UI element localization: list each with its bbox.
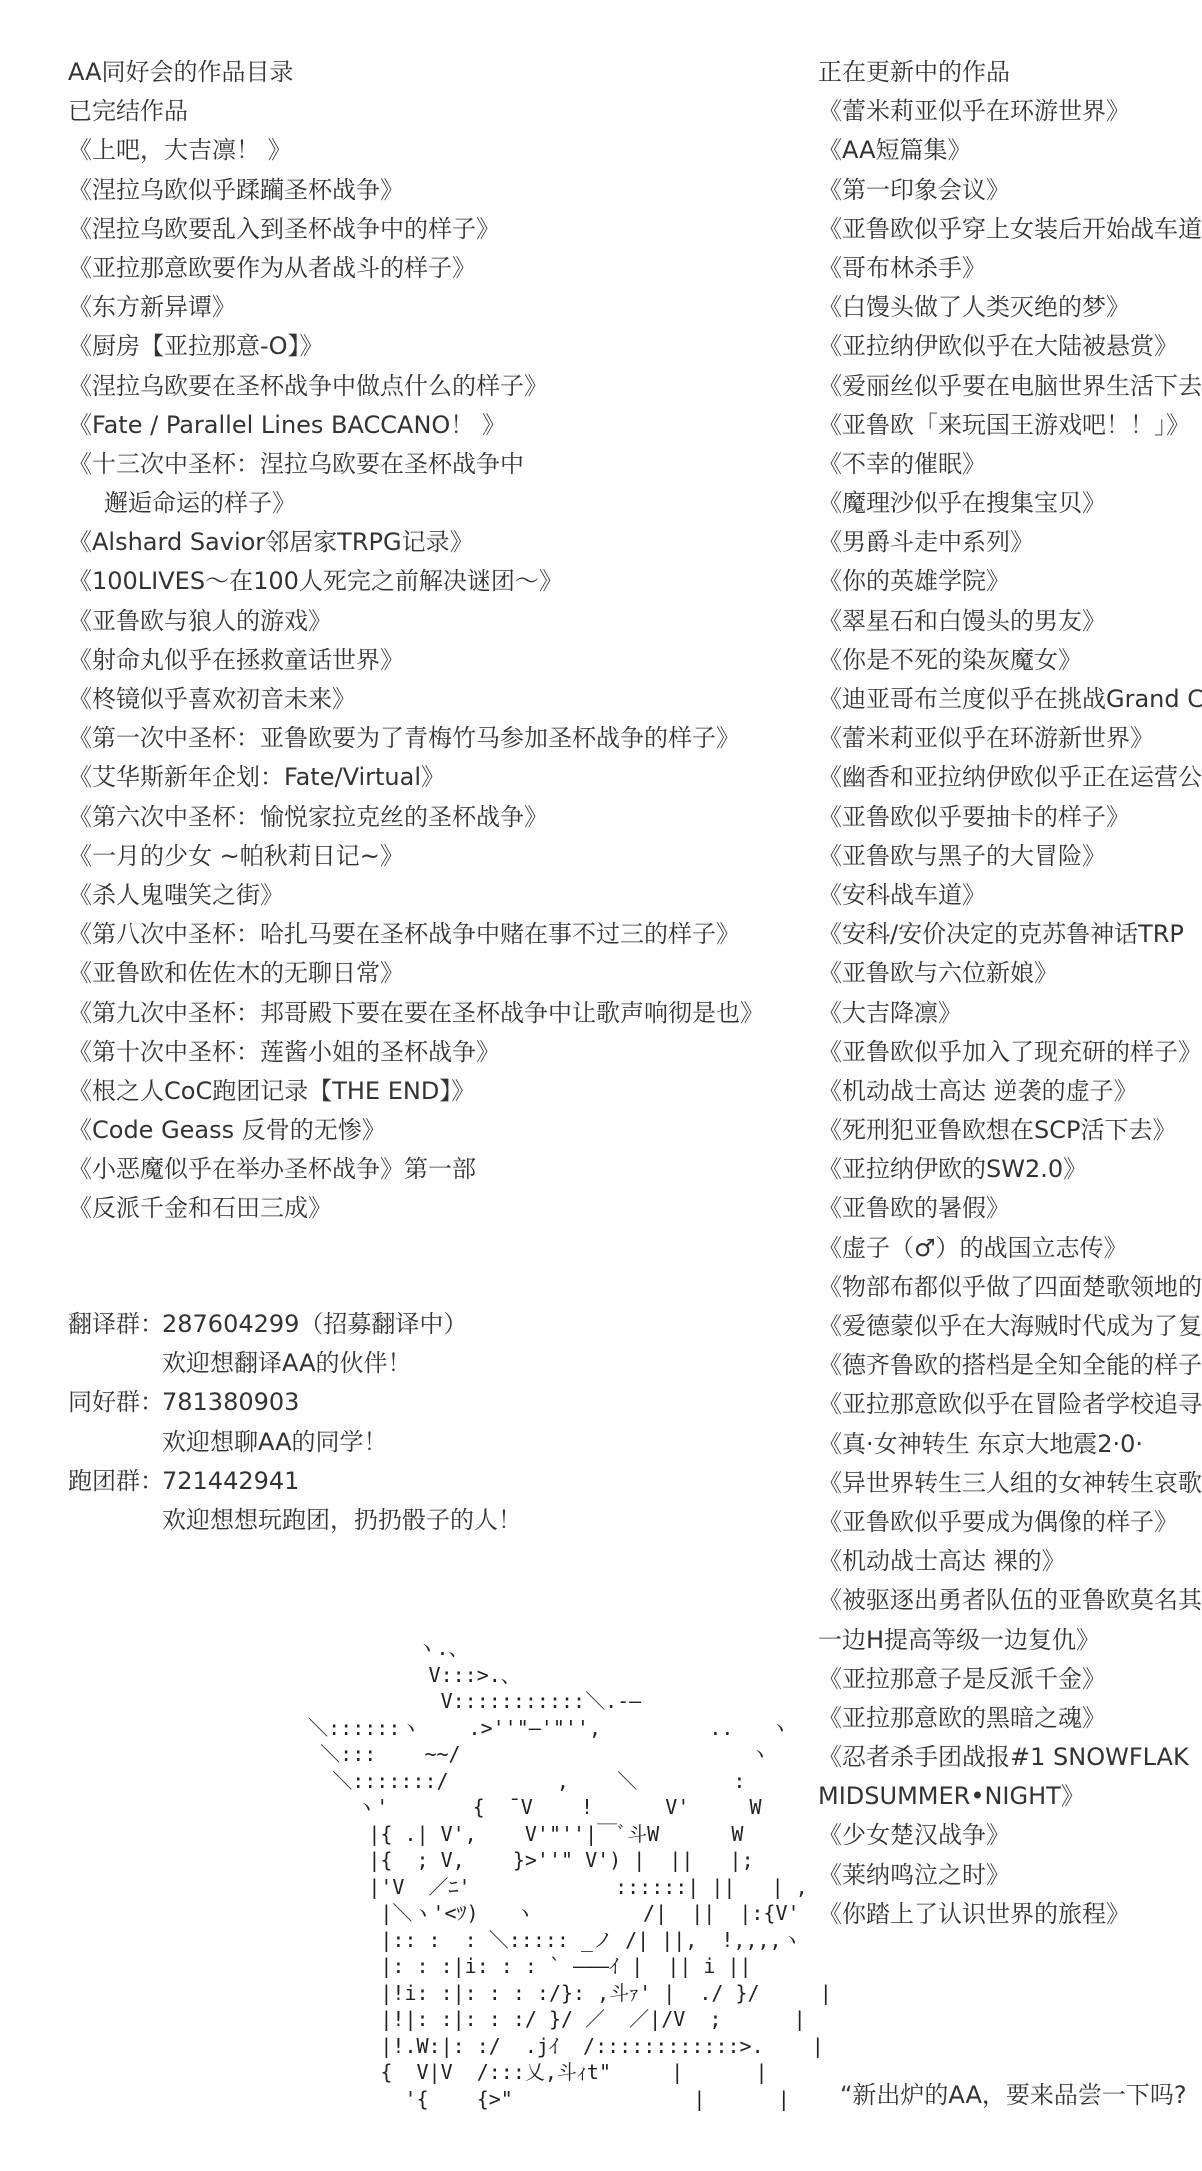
ongoing-work-item: 《亚鲁欧似乎加入了现充研的样子》 [818,1033,1202,1072]
ongoing-work-item: 《男爵斗走中系列》 [818,523,1202,562]
ongoing-work-item: 《亚鲁欧的暑假》 [818,1189,1202,1228]
completed-work-item: 《柊镜似乎喜欢初音未来》 [68,680,808,719]
contact-number: 721442941 [162,1462,299,1501]
ongoing-work-item: 《亚鲁欧似乎要抽卡的样子》 [818,798,1202,837]
completed-work-item: 《上吧，大吉凛！ 》 [68,131,808,170]
ongoing-work-item: 《爱丽丝似乎要在电脑世界生活下去 [818,367,1202,406]
ongoing-work-item: 《不幸的催眠》 [818,445,1202,484]
ongoing-work-item: 《大吉降凛》 [818,994,1202,1033]
ongoing-work-item: 《幽香和亚拉纳伊欧似乎正在运营公 [818,758,1202,797]
ongoing-work-item: 《真·女神转生 东京大地震2·0· [818,1425,1202,1464]
ongoing-work-item: 《亚拉纳伊欧的SW2.0》 [818,1150,1202,1189]
completed-work-item: 《第十次中圣杯：莲酱小姐的圣杯战争》 [68,1033,808,1072]
ongoing-work-item: 《爱德蒙似乎在大海贼时代成为了复 [818,1307,1202,1346]
ongoing-work-item: 《第一印象会议》 [818,171,1202,210]
contact-note: 欢迎想想玩跑团，扔扔骰子的人！ [68,1501,522,1540]
completed-work-item: 《一月的少女 ~帕秋莉日记~》 [68,837,808,876]
ongoing-work-item: 《物部布都似乎做了四面楚歌领地的 [818,1268,1202,1307]
ongoing-work-item: 《白馒头做了人类灭绝的梦》 [818,288,1202,327]
contact-note: 欢迎想聊AA的同学！ [68,1423,522,1462]
ongoing-work-item: 《你踏上了认识世界的旅程》 [818,1895,1202,1934]
ongoing-work-item: 《机动战士高达 裸的》 [818,1542,1202,1581]
ongoing-work-item: 《被驱逐出勇者队伍的亚鲁欧莫名其 [818,1581,1202,1620]
ongoing-work-item: 《哥布林杀手》 [818,249,1202,288]
ongoing-work-item: 《亚鲁欧与六位新娘》 [818,954,1202,993]
ongoing-work-item: 《亚鲁欧似乎要成为偶像的样子》 [818,1503,1202,1542]
ongoing-work-item: 《安科战车道》 [818,876,1202,915]
completed-work-item: 《亚拉那意欧要作为从者战斗的样子》 [68,249,808,288]
ongoing-work-item: 《你是不死的染灰魔女》 [818,641,1202,680]
ongoing-work-item: 《迪亚哥布兰度似乎在挑战Grand C [818,680,1202,719]
completed-work-item: 《亚鲁欧和佐佐木的无聊日常》 [68,954,808,993]
contact-label: 跑团群： [68,1462,162,1501]
ongoing-work-item: 《死刑犯亚鲁欧想在SCP活下去》 [818,1111,1202,1150]
ongoing-heading: 正在更新中的作品 [818,53,1202,92]
ongoing-work-item: 《异世界转生三人组的女神转生哀歌 [818,1464,1202,1503]
completed-work-item: 《厨房【亚拉那意-O】》 [68,327,808,366]
completed-work-item: 《东方新异谭》 [68,288,808,327]
contact-number: 287604299（招募翻译中） [162,1305,467,1344]
ongoing-works-column: 正在更新中的作品 《蕾米莉亚似乎在环游世界》 《AA短篇集》 《第一印象会议》 … [818,53,1202,1934]
ongoing-work-item: 《亚拉那意欧似乎在冒险者学校追寻 [818,1385,1202,1424]
ongoing-work-item: 《蕾米莉亚似乎在环游新世界》 [818,719,1202,758]
ascii-art-character: ヽ.、 V:::>.、 V:::::::::::＼.-― ＼::::::ヽ .>… [272,1635,832,2112]
ongoing-work-item: 《忍者杀手团战报#1 SNOWFLAK [818,1738,1202,1777]
completed-work-item: 《100LIVES～在100人死完之前解决谜团～》 [68,562,808,601]
tagline-text: “新出炉的AA，要来品尝一下吗? [840,2075,1202,2110]
contact-fan-group: 同好群： 781380903 [68,1383,522,1422]
ongoing-work-item: 《亚鲁欧「来玩国王游戏吧！！」》 [818,406,1202,445]
completed-work-item: 《Alshard Savior邻居家TRPG记录》 [68,523,808,562]
completed-work-item-continued: 邂逅命运的样子》 [68,484,808,523]
completed-works-column: AA同好会的作品目录 已完结作品 《上吧，大吉凛！ 》 《涅拉乌欧似乎蹂躏圣杯战… [68,53,808,1229]
ongoing-work-item: 《德齐鲁欧的搭档是全知全能的样子 [818,1346,1202,1385]
completed-work-item: 《小恶魔似乎在举办圣杯战争》第一部 [68,1150,808,1189]
ongoing-work-item: 《安科/安价决定的克苏鲁神话TRP [818,915,1202,954]
completed-work-item: 《根之人CoC跑团记录【THE END】》 [68,1072,808,1111]
ongoing-work-item: 《亚鲁欧似乎穿上女装后开始战车道 [818,210,1202,249]
ongoing-work-item: 《亚拉那意欧的黑暗之魂》 [818,1699,1202,1738]
contact-translation-group: 翻译群： 287604299（招募翻译中） [68,1305,522,1344]
completed-heading: 已完结作品 [68,92,808,131]
ongoing-work-item: 《亚拉纳伊欧似乎在大陆被悬赏》 [818,327,1202,366]
completed-work-item: 《Code Geass 反骨的无惨》 [68,1111,808,1150]
ongoing-work-item-continued: 一边H提高等级一边复仇》 [818,1621,1202,1660]
ongoing-work-item: 《你的英雄学院》 [818,562,1202,601]
completed-work-item: 《涅拉乌欧要在圣杯战争中做点什么的样子》 [68,367,808,406]
completed-work-item: 《Fate / Parallel Lines BACCANO！ 》 [68,406,808,445]
ongoing-work-item: 《虚子（♂）的战国立志传》 [818,1229,1202,1268]
completed-work-item: 《第一次中圣杯：亚鲁欧要为了青梅竹马参加圣杯战争的样子》 [68,719,808,758]
completed-work-item: 《反派千金和石田三成》 [68,1189,808,1228]
completed-work-item: 《杀人鬼嗤笑之街》 [68,876,808,915]
completed-work-item: 《艾华斯新年企划：Fate/Virtual》 [68,758,808,797]
ongoing-work-item: 《机动战士高达 逆袭的虚子》 [818,1072,1202,1111]
ongoing-work-item: 《蕾米莉亚似乎在环游世界》 [818,92,1202,131]
completed-work-item: 《涅拉乌欧要乱入到圣杯战争中的样子》 [68,210,808,249]
ongoing-work-item: 《魔理沙似乎在搜集宝贝》 [818,484,1202,523]
contact-number: 781380903 [162,1383,299,1422]
completed-work-item: 《射命丸似乎在拯救童话世界》 [68,641,808,680]
catalog-title: AA同好会的作品目录 [68,53,808,92]
contact-trpg-group: 跑团群： 721442941 [68,1462,522,1501]
completed-work-item: 《第六次中圣杯：愉悦家拉克丝的圣杯战争》 [68,798,808,837]
contact-note: 欢迎想翻译AA的伙伴！ [68,1344,522,1383]
ongoing-work-item: 《莱纳鸣泣之时》 [818,1856,1202,1895]
group-contacts: 翻译群： 287604299（招募翻译中） 欢迎想翻译AA的伙伴！ 同好群： 7… [68,1305,522,1540]
completed-work-item: 《涅拉乌欧似乎蹂躏圣杯战争》 [68,171,808,210]
completed-work-item: 《十三次中圣杯：涅拉乌欧要在圣杯战争中 [68,445,808,484]
ongoing-work-item: 《AA短篇集》 [818,131,1202,170]
ongoing-work-item: 《亚拉那意子是反派千金》 [818,1660,1202,1699]
ongoing-work-item-continued: MIDSUMMER•NIGHT》 [818,1777,1202,1816]
completed-work-item: 《第九次中圣杯：邦哥殿下要在要在圣杯战争中让歌声响彻是也》 [68,994,808,1033]
completed-work-item: 《第八次中圣杯：哈扎马要在圣杯战争中赌在事不过三的样子》 [68,915,808,954]
contact-label: 翻译群： [68,1305,162,1344]
ongoing-work-item: 《少女楚汉战争》 [818,1816,1202,1855]
contact-label: 同好群： [68,1383,162,1422]
ongoing-work-item: 《亚鲁欧与黑子的大冒险》 [818,837,1202,876]
ongoing-work-item: 《翠星石和白馒头的男友》 [818,602,1202,641]
completed-work-item: 《亚鲁欧与狼人的游戏》 [68,602,808,641]
